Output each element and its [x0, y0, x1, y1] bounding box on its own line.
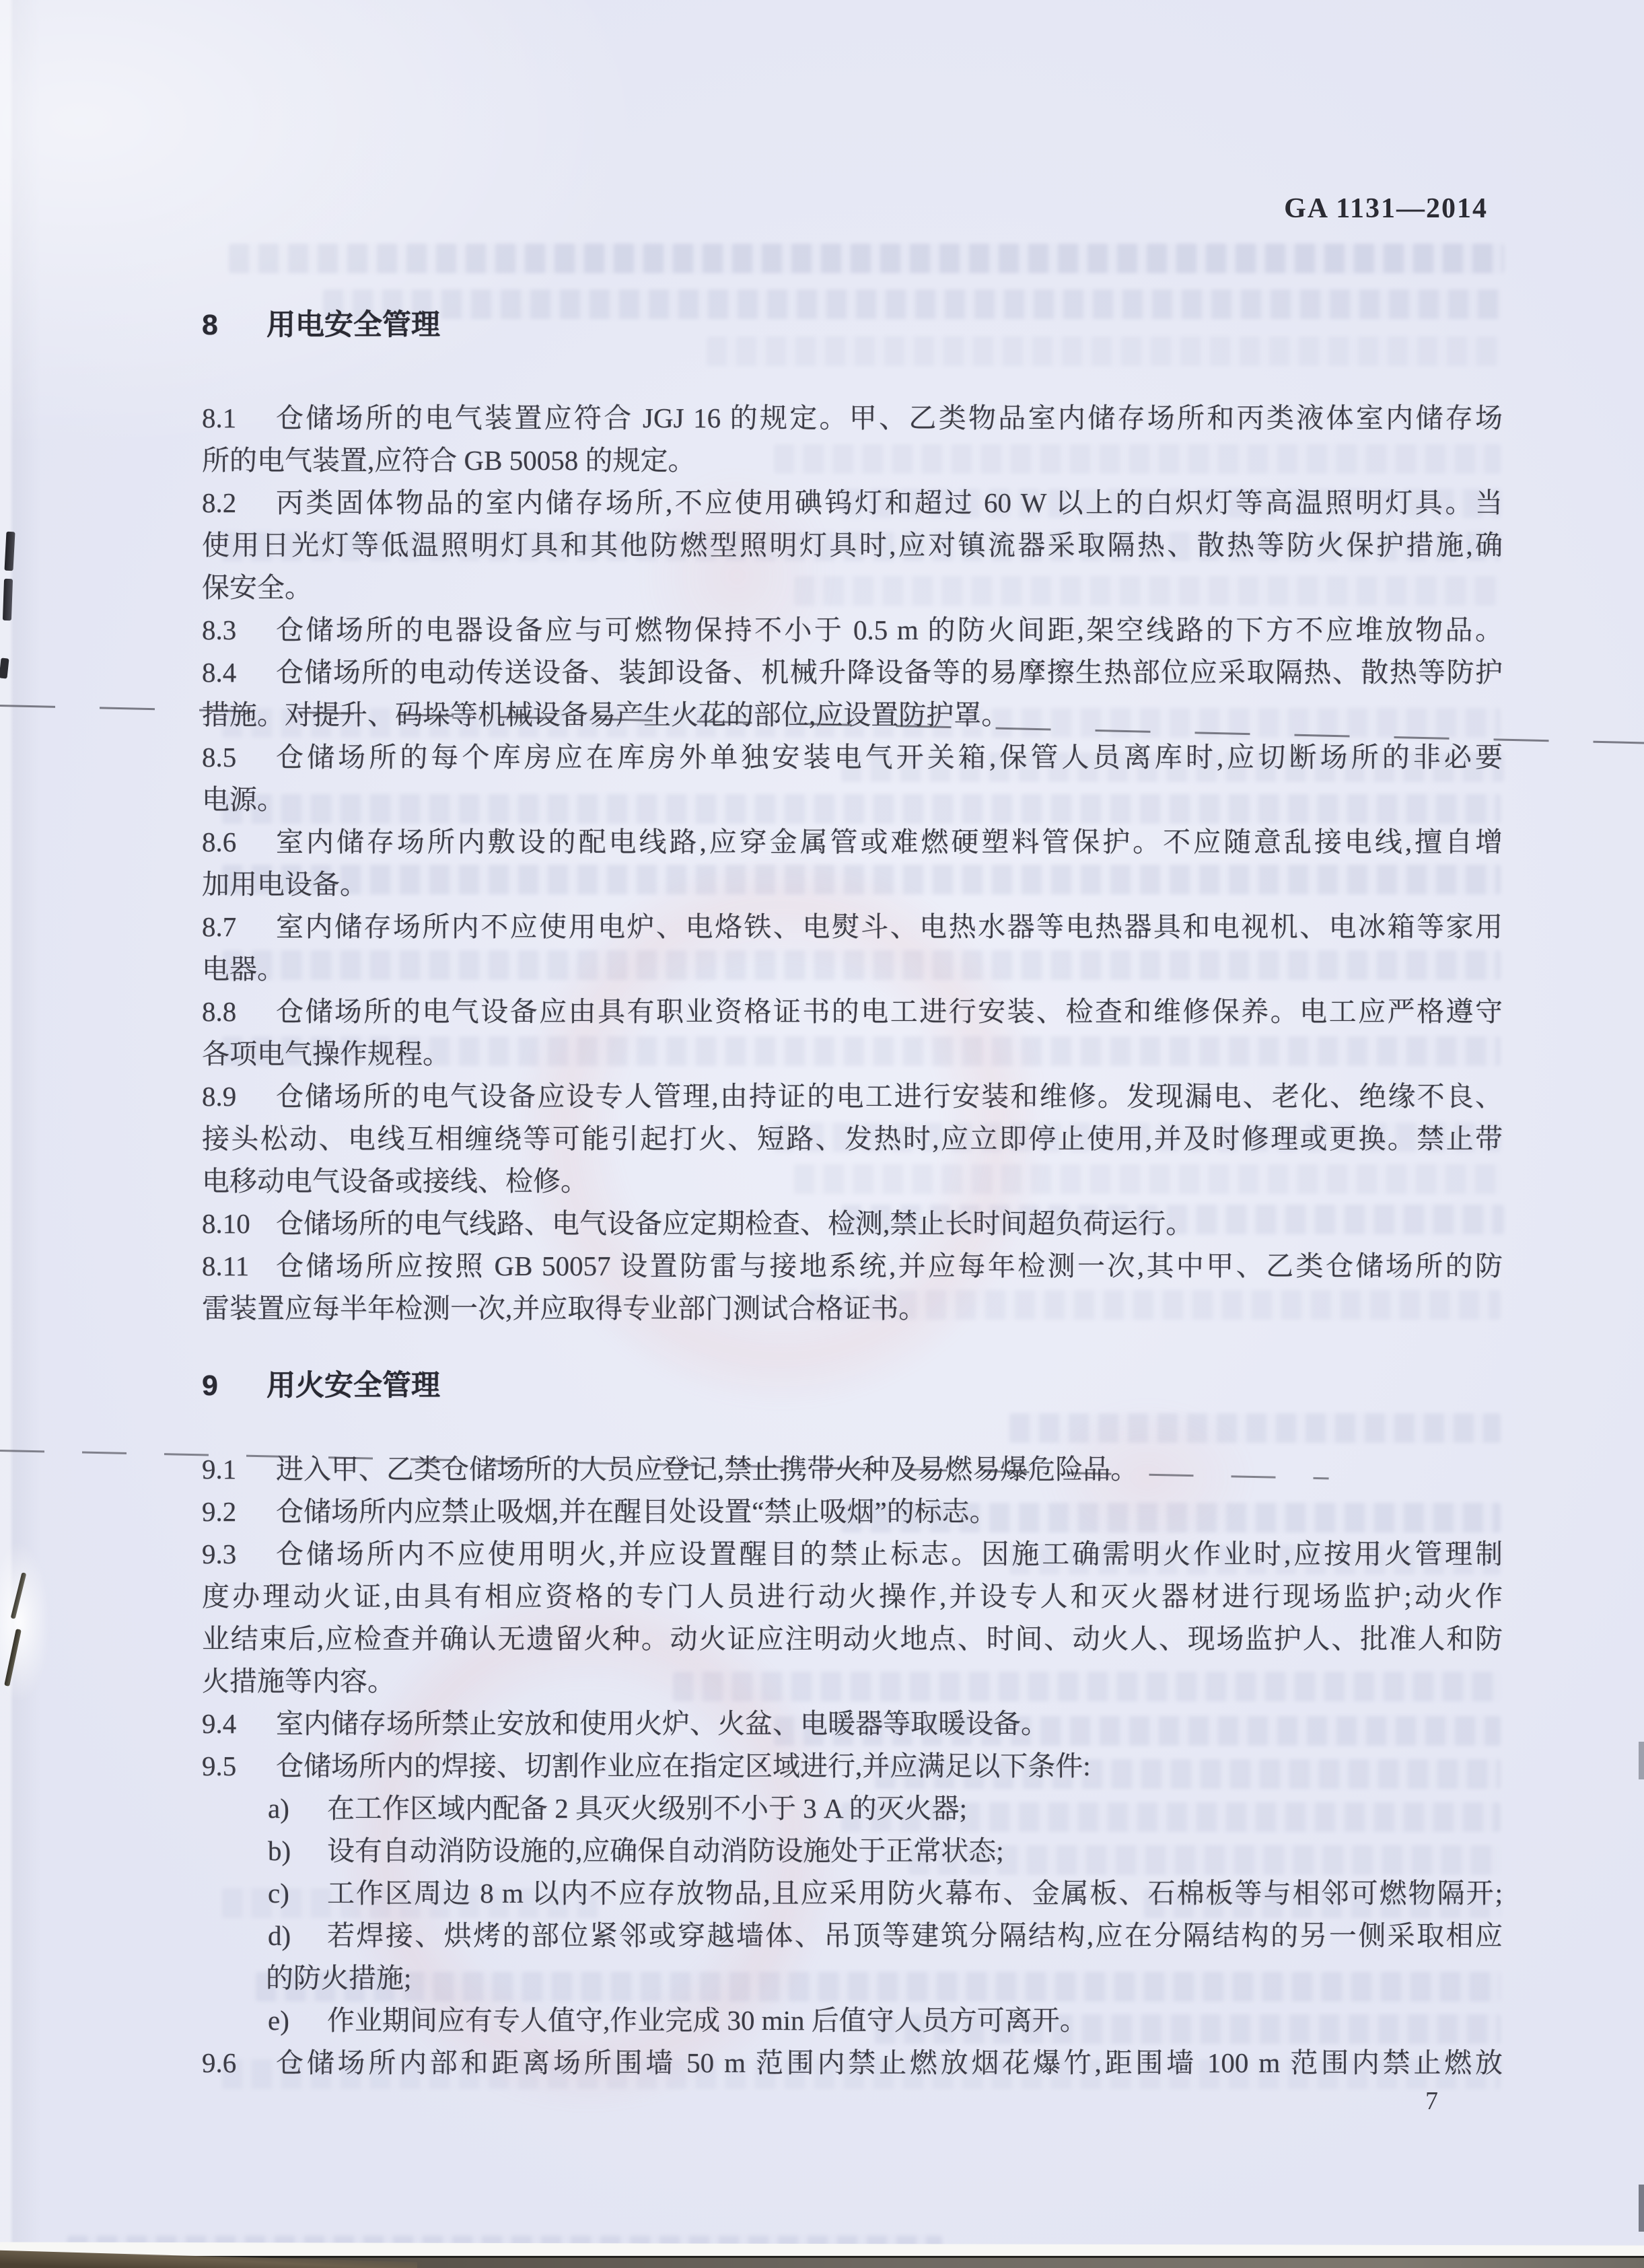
- clause-line: 9.4室内储存场所禁止安放和使用火炉、火盆、电暖器等取暖设备。: [202, 1703, 1503, 1745]
- clause-number: 9.2: [202, 1491, 276, 1533]
- clause-text: 丙类固体物品的室内储存场所,不应使用碘钨灯和超过 60 W 以上的白炽灯等高温照…: [276, 482, 1503, 524]
- clause-text: 仓储场所内部和距离场所围墙 50 m 范围内禁止燃放烟花爆竹,距围墙 100 m…: [276, 2042, 1503, 2084]
- clause-continuation-line: 所的电气装置,应符合 GB 50058 的规定。: [202, 439, 1503, 482]
- clause-line: 8.9仓储场所的电气设备应设专人管理,由持证的电工进行安装和维修。发现漏电、老化…: [202, 1075, 1503, 1118]
- clause-number: 9.5: [202, 1745, 276, 1787]
- clause-line: 8.10仓储场所的电气线路、电气设备应定期检查、检测,禁止长时间超负荷运行。: [202, 1203, 1503, 1245]
- clause-text: 仓储场所应按照 GB 50057 设置防雷与接地系统,并应每年检测一次,其中甲、…: [276, 1245, 1503, 1287]
- clause-text: 加用电设备。: [202, 863, 1503, 906]
- clause-text: 使用日光灯等低温照明灯具和其他防燃型照明灯具时,应对镇流器采取隔热、散热等防火保…: [202, 524, 1503, 567]
- clause-line: 9.6仓储场所内部和距离场所围墙 50 m 范围内禁止燃放烟花爆竹,距围墙 10…: [202, 2042, 1503, 2084]
- section-number: 8: [202, 304, 266, 347]
- clause-continuation-line: 电移动电气设备或接线、检修。: [202, 1160, 1503, 1203]
- list-item-line: b)设有自动消防设施的,应确保自动消防设施处于正常状态;: [202, 1830, 1503, 1872]
- scan-edge-mark: [1639, 2185, 1644, 2232]
- list-item-line: e)作业期间应有专人值守,作业完成 30 min 后值守人员方可离开。: [202, 1999, 1503, 2042]
- clause-text: 仓储场所内不应使用明火,并应设置醒目的禁止标志。因施工确需明火作业时,应按用火管…: [276, 1533, 1503, 1575]
- clause-number: 8.7: [202, 906, 276, 948]
- clause-continuation-line: 电器。: [202, 948, 1503, 991]
- clause-number: 8.2: [202, 482, 276, 524]
- list-item-letter: a): [268, 1787, 327, 1830]
- clause-line: 8.11仓储场所应按照 GB 50057 设置防雷与接地系统,并应每年检测一次,…: [202, 1245, 1503, 1287]
- clause-number: 8.9: [202, 1075, 276, 1118]
- clause-text: 雷装置应每半年检测一次,并应取得专业部门测试合格证书。: [202, 1287, 1503, 1330]
- bleedthrough-row: [229, 244, 1504, 273]
- clause-continuation-line: 业结束后,应检查并确认无遗留火种。动火证应注明动火地点、时间、动火人、现场监护人…: [202, 1618, 1503, 1660]
- clause-number: 8.6: [202, 821, 276, 863]
- page-number: 7: [1425, 2086, 1438, 2116]
- clause-text: 火措施等内容。: [202, 1660, 1503, 1703]
- list-item-letter: e): [268, 1999, 327, 2042]
- clause-continuation-line: 接头松动、电线互相缠绕等可能引起打火、短路、发热时,应立即停止使用,并及时修理或…: [202, 1118, 1503, 1160]
- section-number: 9: [202, 1365, 266, 1407]
- clause-text: 仓储场所的电气装置应符合 JGJ 16 的规定。甲、乙类物品室内储存场所和丙类液…: [276, 397, 1503, 439]
- clause-number: 9.6: [202, 2042, 276, 2084]
- list-item-continuation-line: 的防火措施;: [202, 1957, 1503, 1999]
- clause-continuation-line: 雷装置应每半年检测一次,并应取得专业部门测试合格证书。: [202, 1287, 1503, 1330]
- clause-number: 8.3: [202, 609, 276, 651]
- clause-number: 8.4: [202, 651, 276, 694]
- clause-number: 8.5: [202, 736, 276, 779]
- scan-edge-mark: [1639, 1742, 1644, 1779]
- clause-text: 各项电气操作规程。: [202, 1033, 1503, 1075]
- clause-text: 仓储场所的电气线路、电气设备应定期检查、检测,禁止长时间超负荷运行。: [276, 1203, 1503, 1245]
- clause-text: 仓储场所的电器设备应与可燃物保持不小于 0.5 m 的防火间距,架空线路的下方不…: [276, 609, 1503, 651]
- doc-body: 8用电安全管理8.1仓储场所的电气装置应符合 JGJ 16 的规定。甲、乙类物品…: [202, 304, 1503, 2084]
- clause-line: 8.6室内储存场所内敷设的配电线路,应穿金属管或难燃硬塑料管保护。不应随意乱接电…: [202, 821, 1503, 863]
- clause-line: 8.5仓储场所的每个库房应在库房外单独安装电气开关箱,保管人员离库时,应切断场所…: [202, 736, 1503, 779]
- clause-text: 室内储存场所内敷设的配电线路,应穿金属管或难燃硬塑料管保护。不应随意乱接电线,擅…: [276, 821, 1503, 863]
- clause-number: 9.3: [202, 1533, 276, 1575]
- section-title: 用电安全管理: [266, 304, 1503, 347]
- list-item-text: 在工作区域内配备 2 具灭火级别不小于 3 A 的灭火器;: [327, 1787, 1503, 1830]
- clause-text: 电移动电气设备或接线、检修。: [202, 1160, 1503, 1203]
- clause-text: 电器。: [202, 948, 1503, 991]
- binding-mark: [3, 579, 13, 621]
- list-item-letter: d): [268, 1915, 327, 1957]
- clause-continuation-line: 各项电气操作规程。: [202, 1033, 1503, 1075]
- clause-continuation-line: 火措施等内容。: [202, 1660, 1503, 1703]
- clause-number: 9.4: [202, 1703, 276, 1745]
- list-item-text: 若焊接、烘烤的部位紧邻或穿越墙体、吊顶等建筑分隔结构,应在分隔结构的另一侧采取相…: [327, 1915, 1503, 1957]
- list-item-letter: c): [268, 1872, 327, 1915]
- clause-text: 仓储场所内的焊接、切割作业应在指定区域进行,并应满足以下条件:: [276, 1745, 1503, 1787]
- list-item-text: 设有自动消防设施的,应确保自动消防设施处于正常状态;: [327, 1830, 1503, 1872]
- list-item-line: d)若焊接、烘烤的部位紧邻或穿越墙体、吊顶等建筑分隔结构,应在分隔结构的另一侧采…: [202, 1915, 1503, 1957]
- scanned-document-page: GA 1131—2014 8用电安全管理8.1仓储场所的电气装置应符合 JGJ …: [0, 0, 1644, 2268]
- clause-line: 8.8仓储场所的电气设备应由具有职业资格证书的电工进行安装、检查和维修保养。电工…: [202, 991, 1503, 1033]
- clause-text: 仓储场所的每个库房应在库房外单独安装电气开关箱,保管人员离库时,应切断场所的非必…: [276, 736, 1503, 779]
- clause-line: 9.2仓储场所内应禁止吸烟,并在醒目处设置“禁止吸烟”的标志。: [202, 1491, 1503, 1533]
- clause-text: 度办理动火证,由具有相应资格的专门人员进行动火操作,并设专人和灭火器材进行现场监…: [202, 1575, 1503, 1618]
- section-title: 用火安全管理: [266, 1365, 1503, 1407]
- clause-continuation-line: 使用日光灯等低温照明灯具和其他防燃型照明灯具时,应对镇流器采取隔热、散热等防火保…: [202, 524, 1503, 567]
- list-item-line: c)工作区周边 8 m 以内不应存放物品,且应采用防火幕布、金属板、石棉板等与相…: [202, 1872, 1503, 1915]
- clause-line: 8.3仓储场所的电器设备应与可燃物保持不小于 0.5 m 的防火间距,架空线路的…: [202, 609, 1503, 651]
- section-heading: 8用电安全管理: [202, 304, 1503, 347]
- clause-text: 仓储场所内应禁止吸烟,并在醒目处设置“禁止吸烟”的标志。: [276, 1491, 1503, 1533]
- clause-continuation-line: 加用电设备。: [202, 863, 1503, 906]
- clause-line: 9.3仓储场所内不应使用明火,并应设置醒目的禁止标志。因施工确需明火作业时,应按…: [202, 1533, 1503, 1575]
- section-heading: 9用火安全管理: [202, 1365, 1503, 1407]
- clause-number: 8.10: [202, 1203, 276, 1245]
- clause-number: 8.11: [202, 1245, 276, 1287]
- clause-line: 9.5仓储场所内的焊接、切割作业应在指定区域进行,并应满足以下条件:: [202, 1745, 1503, 1787]
- binding-mark: [0, 658, 9, 678]
- clause-text: 接头松动、电线互相缠绕等可能引起打火、短路、发热时,应立即停止使用,并及时修理或…: [202, 1118, 1503, 1160]
- clause-text: 仓储场所的电气设备应设专人管理,由持证的电工进行安装和维修。发现漏电、老化、绝缘…: [276, 1075, 1503, 1118]
- clause-text: 仓储场所的电动传送设备、装卸设备、机械升降设备等的易摩擦生热部位应采取隔热、散热…: [276, 651, 1503, 694]
- list-item-line: a)在工作区域内配备 2 具灭火级别不小于 3 A 的灭火器;: [202, 1787, 1503, 1830]
- clause-continuation-line: 度办理动火证,由具有相应资格的专门人员进行动火操作,并设专人和灭火器材进行现场监…: [202, 1575, 1503, 1618]
- clause-text: 业结束后,应检查并确认无遗留火种。动火证应注明动火地点、时间、动火人、现场监护人…: [202, 1618, 1503, 1660]
- list-item-letter: b): [268, 1830, 327, 1872]
- clause-number: 8.8: [202, 991, 276, 1033]
- list-item-text: 的防火措施;: [266, 1957, 1503, 1999]
- document-code: GA 1131—2014: [1284, 192, 1488, 225]
- binding-mark: [4, 532, 15, 571]
- list-item-text: 作业期间应有专人值守,作业完成 30 min 后值守人员方可离开。: [327, 1999, 1503, 2042]
- clause-line: 8.7室内储存场所内不应使用电炉、电烙铁、电熨斗、电热水器等电热器具和电视机、电…: [202, 906, 1503, 948]
- clause-text: 室内储存场所内不应使用电炉、电烙铁、电熨斗、电热水器等电热器具和电视机、电冰箱等…: [276, 906, 1503, 948]
- clause-line: 8.4仓储场所的电动传送设备、装卸设备、机械升降设备等的易摩擦生热部位应采取隔热…: [202, 651, 1503, 694]
- clause-number: 8.1: [202, 397, 276, 439]
- clause-continuation-line: 电源。: [202, 779, 1503, 821]
- clause-text: 室内储存场所禁止安放和使用火炉、火盆、电暖器等取暖设备。: [276, 1703, 1503, 1745]
- list-item-text: 工作区周边 8 m 以内不应存放物品,且应采用防火幕布、金属板、石棉板等与相邻可…: [327, 1872, 1503, 1915]
- clause-continuation-line: 保安全。: [202, 567, 1503, 609]
- clause-text: 仓储场所的电气设备应由具有职业资格证书的电工进行安装、检查和维修保养。电工应严格…: [276, 991, 1503, 1033]
- clause-text: 保安全。: [202, 567, 1503, 609]
- clause-line: 8.2丙类固体物品的室内储存场所,不应使用碘钨灯和超过 60 W 以上的白炽灯等…: [202, 482, 1503, 524]
- clause-line: 8.1仓储场所的电气装置应符合 JGJ 16 的规定。甲、乙类物品室内储存场所和…: [202, 397, 1503, 439]
- clause-text: 电源。: [202, 779, 1503, 821]
- clause-text: 所的电气装置,应符合 GB 50058 的规定。: [202, 439, 1503, 482]
